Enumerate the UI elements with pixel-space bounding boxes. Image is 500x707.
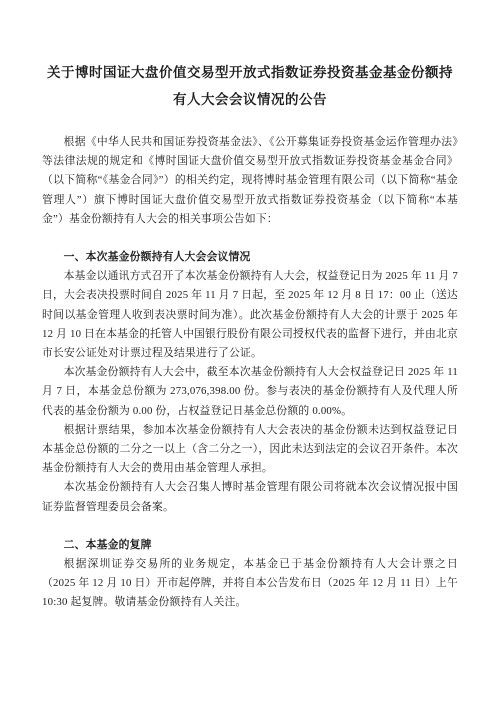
- section-1-paragraph-vote-result: 根据计票结果，参加本次基金份额持有人大会表决的基金份额未达到权益登记日本基金总份…: [42, 421, 458, 479]
- document-title: 关于博时国证大盘价值交易型开放式指数证券投资基金基金份额持 有人大会会议情况的公…: [42, 59, 458, 113]
- section-1-heading: 一、本次基金份额持有人大会会议情况: [42, 248, 458, 267]
- document-title-line-2: 有人大会会议情况的公告: [173, 92, 327, 107]
- section-2-paragraph-resumption: 根据深圳证券交易所的业务规定，本基金已于基金份额持有人大会计票之日（2025 年…: [42, 555, 458, 613]
- document-title-line-1: 关于博时国证大盘价值交易型开放式指数证券投资基金基金份额持: [47, 65, 453, 80]
- announcement-document-page: 关于博时国证大盘价值交易型开放式指数证券投资基金基金份额持 有人大会会议情况的公…: [0, 0, 500, 707]
- section-1-paragraph-share-totals: 本次基金份额持有人大会中，截至本次基金份额持有人大会权益登记日 2025 年 1…: [42, 363, 458, 421]
- section-1-paragraph-filing: 本次基金份额持有人大会召集人博时基金管理有限公司将就本次会议情况报中国证券监督管…: [42, 478, 458, 516]
- section-2-heading: 二、本基金的复牌: [42, 536, 458, 555]
- section-1-paragraph-meeting-overview: 本基金以通讯方式召开了本次基金份额持有人大会，权益登记日为 2025 年 11 …: [42, 267, 458, 363]
- intro-paragraph: 根据《中华人民共和国证券投资基金法》、《公开募集证券投资基金运作管理办法》等法律…: [42, 133, 458, 229]
